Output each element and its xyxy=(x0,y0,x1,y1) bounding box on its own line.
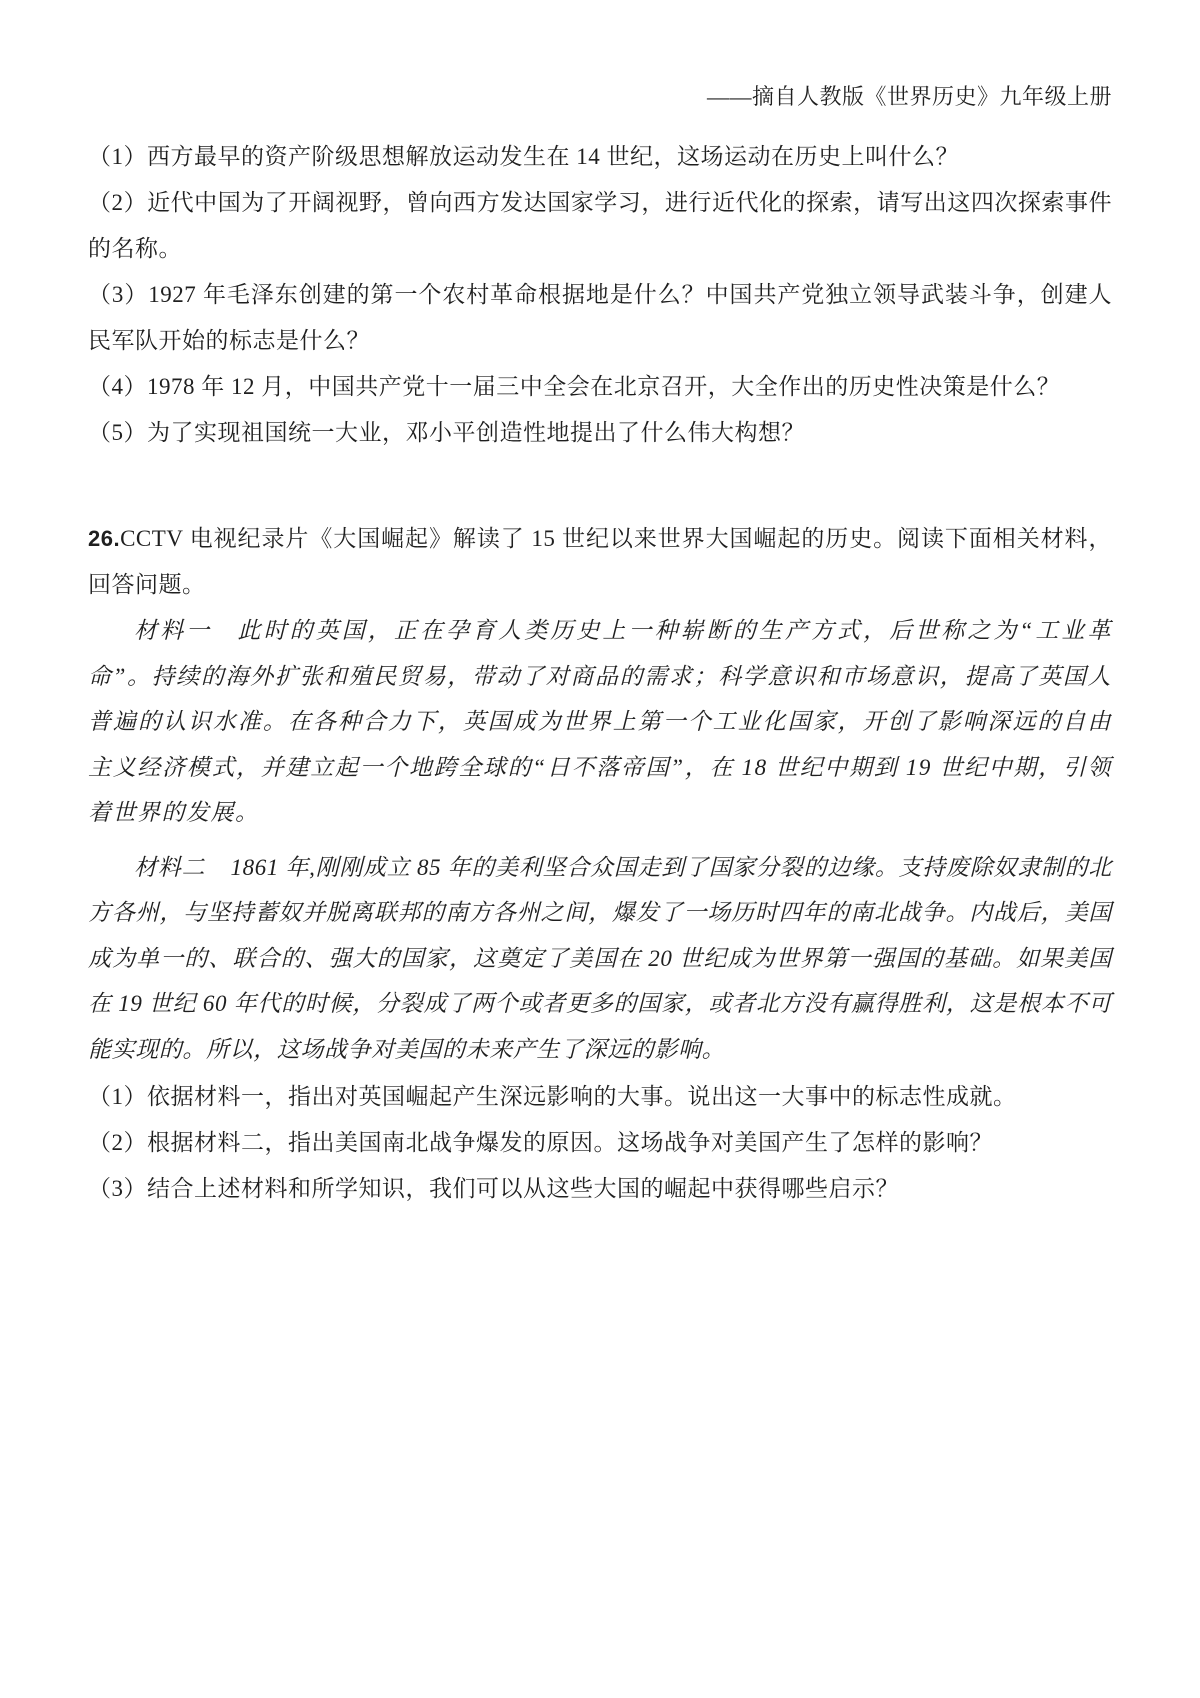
q25-sub-question-5: （5）为了实现祖国统一大业，邓小平创造性地提出了什么伟大构想？ xyxy=(88,410,1112,456)
question-26-intro: 26.CCTV 电视纪录片《大国崛起》解读了 15 世纪以来世界大国崛起的历史。… xyxy=(88,516,1112,608)
question-26-subquestions: （1）依据材料一，指出对英国崛起产生深远影响的大事。说出这一大事中的标志性成就。… xyxy=(88,1074,1112,1212)
question-26-number: 26. xyxy=(88,526,120,551)
question-25-subquestions: （1）西方最早的资产阶级思想解放运动发生在 14 世纪，这场运动在历史上叫什么？… xyxy=(88,134,1112,456)
source-attribution: ——摘自人教版《世界历史》九年级上册 xyxy=(88,82,1112,112)
q26-sub-question-3: （3）结合上述材料和所学知识，我们可以从这些大国的崛起中获得哪些启示？ xyxy=(88,1166,1112,1212)
question-26: 26.CCTV 电视纪录片《大国崛起》解读了 15 世纪以来世界大国崛起的历史。… xyxy=(88,516,1112,1212)
q25-sub-question-4: （4）1978 年 12 月，中国共产党十一届三中全会在北京召开，大全作出的历史… xyxy=(88,364,1112,410)
material-two-label: 材料二 xyxy=(134,855,205,880)
material-one-paragraph: 材料一此时的英国，正在孕育人类历史上一种崭断的生产方式，后世称之为“工业革命”。… xyxy=(88,608,1112,836)
q26-sub-question-2: （2）根据材料二，指出美国南北战争爆发的原因。这场战争对美国产生了怎样的影响？ xyxy=(88,1120,1112,1166)
material-one-label: 材料一 xyxy=(134,618,212,643)
material-one-text: 此时的英国，正在孕育人类历史上一种崭断的生产方式，后世称之为“工业革命”。持续的… xyxy=(88,618,1112,825)
q25-sub-question-3: （3）1927 年毛泽东创建的第一个农村革命根据地是什么？中国共产党独立领导武装… xyxy=(88,272,1112,364)
material-two-paragraph: 材料二1861 年,刚刚成立 85 年的美利坚合众国走到了国家分裂的边缘。支持废… xyxy=(88,845,1112,1073)
exam-document-page: ——摘自人教版《世界历史》九年级上册 （1）西方最早的资产阶级思想解放运动发生在… xyxy=(0,0,1200,1698)
q25-sub-question-2: （2）近代中国为了开阔视野，曾向西方发达国家学习，进行近代化的探索，请写出这四次… xyxy=(88,180,1112,272)
q26-sub-question-1: （1）依据材料一，指出对英国崛起产生深远影响的大事。说出这一大事中的标志性成就。 xyxy=(88,1074,1112,1120)
material-two-text: 1861 年,刚刚成立 85 年的美利坚合众国走到了国家分裂的边缘。支持废除奴隶… xyxy=(88,855,1112,1062)
q25-sub-question-1: （1）西方最早的资产阶级思想解放运动发生在 14 世纪，这场运动在历史上叫什么？ xyxy=(88,134,1112,180)
question-26-intro-text: CCTV 电视纪录片《大国崛起》解读了 15 世纪以来世界大国崛起的历史。阅读下… xyxy=(88,526,1112,597)
